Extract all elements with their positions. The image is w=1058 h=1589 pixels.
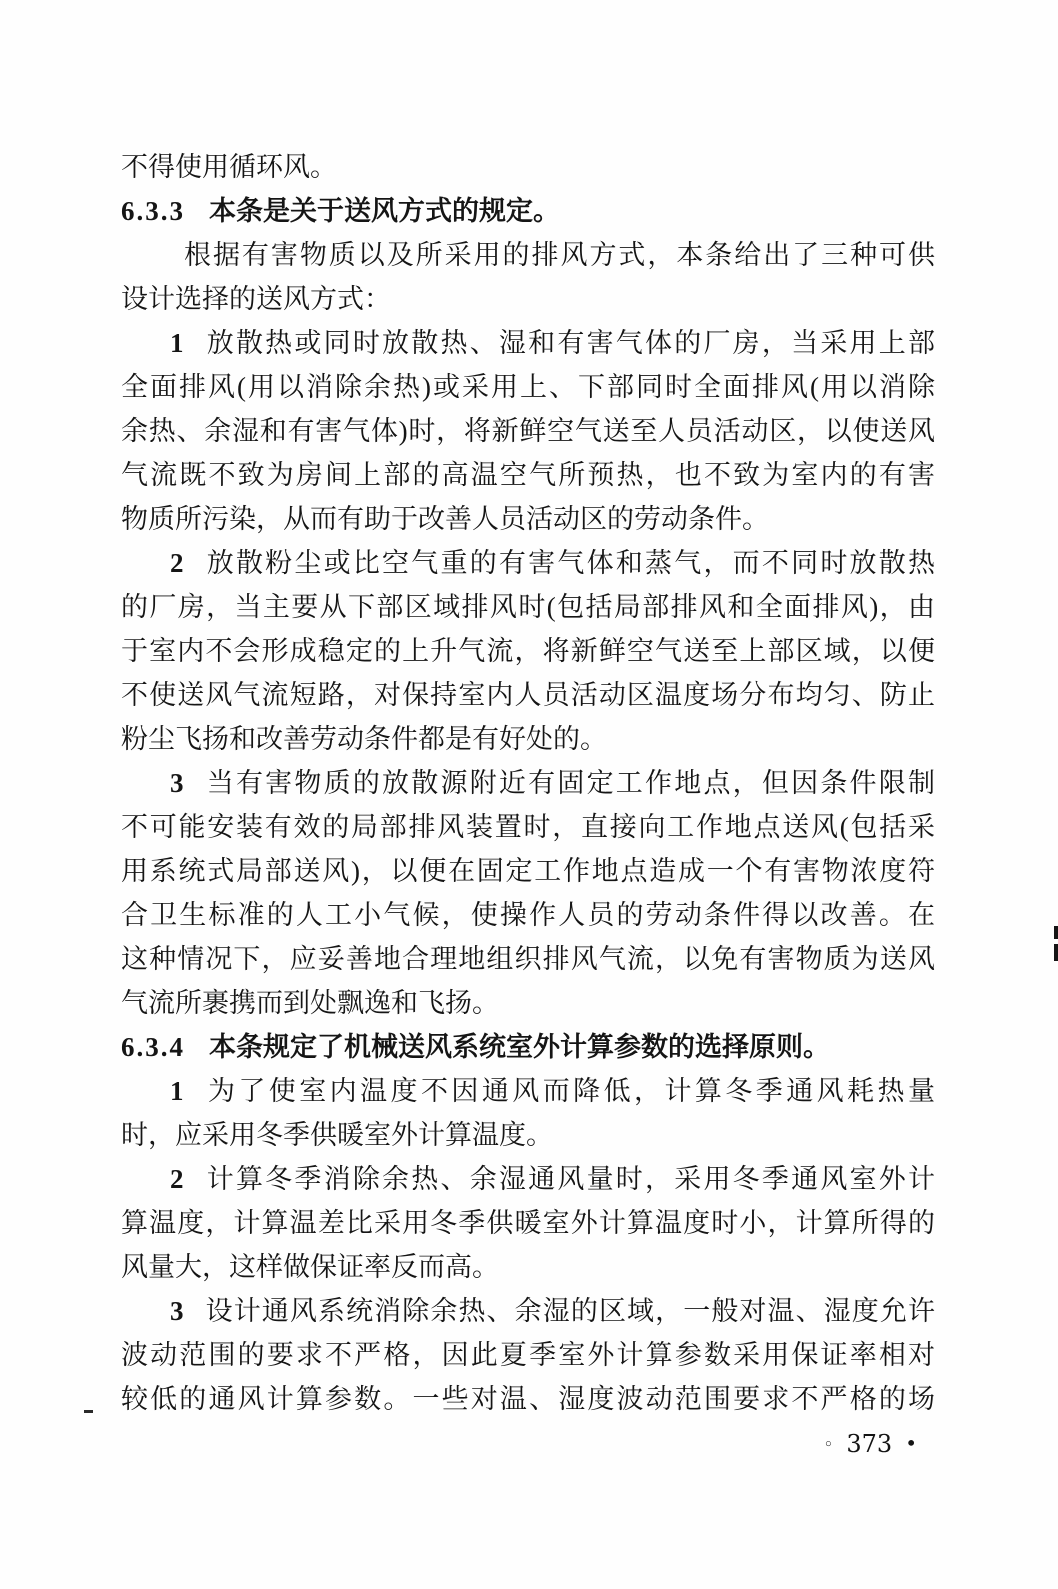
- scan-artifact-left-dash: [84, 1410, 93, 1413]
- line-text: 不使送风气流短路，对保持室内人员活动区温度场分布均匀、防止: [121, 680, 935, 710]
- text-line: 余热、余湿和有害气体)时，将新鲜空气送至人员活动区，以使送风: [121, 409, 935, 453]
- text-line: 这种情况下，应妥善地合理地组织排风气流，以免有害物质为送风: [121, 937, 935, 981]
- text-line: 根据有害物质以及所采用的排风方式，本条给出了三种可供: [121, 233, 935, 277]
- text-line: 风量大，这样做保证率反而高。: [121, 1245, 935, 1289]
- text-line: 粉尘飞扬和改善劳动条件都是有好处的。: [121, 717, 935, 761]
- line-text: 余热、余湿和有害气体)时，将新鲜空气送至人员活动区，以使送风: [121, 416, 935, 446]
- page-number-value: 373: [846, 1430, 892, 1458]
- line-text: 物质所污染，从而有助于改善人员活动区的劳动条件。: [121, 504, 769, 534]
- clause-number: 6.3.4: [121, 1032, 185, 1062]
- text-line: 合卫生标准的人工小气候，使操作人员的劳动条件得以改善。在: [121, 893, 935, 937]
- page-number-right-dot: •: [905, 1431, 917, 1455]
- text-line: 1为了使室内温度不因通风而降低，计算冬季通风耗热量: [121, 1069, 935, 1113]
- line-text: 设计通风系统消除余热、余湿的区域，一般对温、湿度允许: [205, 1296, 936, 1326]
- line-text: 合卫生标准的人工小气候，使操作人员的劳动条件得以改善。在: [121, 900, 935, 930]
- line-text: 粉尘飞扬和改善劳动条件都是有好处的。: [121, 724, 607, 754]
- text-line: 3设计通风系统消除余热、余湿的区域，一般对温、湿度允许: [121, 1289, 935, 1333]
- text-line: 用系统式局部送风)，以便在固定工作地点造成一个有害物浓度符: [121, 849, 935, 893]
- text-line: 的厂房，当主要从下部区域排风时(包括局部排风和全面排风)，由: [121, 585, 935, 629]
- line-text: 用系统式局部送风)，以便在固定工作地点造成一个有害物浓度符: [121, 856, 935, 886]
- scanned-document-page: { "page": { "background": "#fefefe", "in…: [0, 0, 1058, 1589]
- text-line: 2放散粉尘或比空气重的有害气体和蒸气，而不同时放散热: [121, 541, 935, 585]
- line-text: 计算冬季消除余热、余湿通风量时，采用冬季通风室外计: [205, 1164, 936, 1194]
- text-line: 设计选择的送风方式：: [121, 277, 935, 321]
- clause-number: 2: [170, 548, 184, 578]
- text-line: 于室内不会形成稳定的上升气流，将新鲜空气送至上部区域，以便: [121, 629, 935, 673]
- scan-artifact-right-mark-upper: [1054, 926, 1058, 939]
- line-text: 算温度，计算温差比采用冬季供暖室外计算温度时小，计算所得的: [121, 1208, 935, 1238]
- clause-number: 3: [170, 1296, 184, 1326]
- text-line: 算温度，计算温差比采用冬季供暖室外计算温度时小，计算所得的: [121, 1201, 935, 1245]
- line-text: 较低的通风计算参数。一些对温、湿度波动范围要求不严格的场: [121, 1384, 935, 1414]
- line-text: 根据有害物质以及所采用的排风方式，本条给出了三种可供: [184, 240, 935, 270]
- text-line: 不使送风气流短路，对保持室内人员活动区温度场分布均匀、防止: [121, 673, 935, 717]
- page-number: ◦373•: [823, 1428, 917, 1460]
- line-text: 于室内不会形成稳定的上升气流，将新鲜空气送至上部区域，以便: [121, 636, 935, 666]
- line-text: 的厂房，当主要从下部区域排风时(包括局部排风和全面排风)，由: [121, 592, 935, 622]
- clause-number: 1: [170, 1076, 184, 1106]
- page-number-left-dot: ◦: [823, 1435, 833, 1455]
- line-text: 当有害物质的放散源附近有固定工作地点，但因条件限制: [205, 768, 936, 798]
- text-line: 物质所污染，从而有助于改善人员活动区的劳动条件。: [121, 497, 935, 541]
- line-text: 气流既不致为房间上部的高温空气所预热，也不致为室内的有害: [121, 460, 935, 490]
- clause-heading-line: 6.3.4本条规定了机械送风系统室外计算参数的选择原则。: [121, 1025, 935, 1069]
- text-line: 1放散热或同时放散热、湿和有害气体的厂房，当采用上部: [121, 321, 935, 365]
- clause-number: 3: [170, 768, 184, 798]
- line-text: 波动范围的要求不严格，因此夏季室外计算参数采用保证率相对: [121, 1340, 935, 1370]
- line-text: 放散粉尘或比空气重的有害气体和蒸气，而不同时放散热: [205, 548, 936, 578]
- text-line: 3当有害物质的放散源附近有固定工作地点，但因条件限制: [121, 761, 935, 805]
- clause-number: 1: [170, 328, 184, 358]
- clause-heading-line: 6.3.3本条是关于送风方式的规定。: [121, 189, 935, 233]
- line-text: 本条规定了机械送风系统室外计算参数的选择原则。: [209, 1032, 830, 1062]
- line-text: 风量大，这样做保证率反而高。: [121, 1252, 499, 1282]
- scan-artifact-right-mark-lower: [1054, 944, 1058, 961]
- text-line: 全面排风(用以消除余热)或采用上、下部同时全面排风(用以消除: [121, 365, 935, 409]
- line-text: 不可能安装有效的局部排风装置时，直接向工作地点送风(包括采: [121, 812, 935, 842]
- text-line: 较低的通风计算参数。一些对温、湿度波动范围要求不严格的场: [121, 1377, 935, 1421]
- line-text: 本条是关于送风方式的规定。: [209, 196, 560, 226]
- clause-number: 6.3.3: [121, 196, 185, 226]
- line-text: 为了使室内温度不因通风而降低，计算冬季通风耗热量: [205, 1076, 936, 1106]
- line-text: 气流所裹携而到处飘逸和飞扬。: [121, 988, 499, 1018]
- text-line: 气流既不致为房间上部的高温空气所预热，也不致为室内的有害: [121, 453, 935, 497]
- line-text: 时，应采用冬季供暖室外计算温度。: [121, 1120, 553, 1150]
- line-text: 全面排风(用以消除余热)或采用上、下部同时全面排风(用以消除: [121, 372, 935, 402]
- line-text: 设计选择的送风方式：: [121, 284, 391, 314]
- line-text: 不得使用循环风。: [121, 152, 337, 182]
- text-line: 2计算冬季消除余热、余湿通风量时，采用冬季通风室外计: [121, 1157, 935, 1201]
- clause-number: 2: [170, 1164, 184, 1194]
- text-block: 不得使用循环风。6.3.3本条是关于送风方式的规定。根据有害物质以及所采用的排风…: [121, 145, 935, 1421]
- text-line: 不可能安装有效的局部排风装置时，直接向工作地点送风(包括采: [121, 805, 935, 849]
- line-text: 这种情况下，应妥善地合理地组织排风气流，以免有害物质为送风: [121, 944, 935, 974]
- text-line: 时，应采用冬季供暖室外计算温度。: [121, 1113, 935, 1157]
- text-line: 波动范围的要求不严格，因此夏季室外计算参数采用保证率相对: [121, 1333, 935, 1377]
- text-line: 气流所裹携而到处飘逸和飞扬。: [121, 981, 935, 1025]
- text-line: 不得使用循环风。: [121, 145, 935, 189]
- line-text: 放散热或同时放散热、湿和有害气体的厂房，当采用上部: [205, 328, 936, 358]
